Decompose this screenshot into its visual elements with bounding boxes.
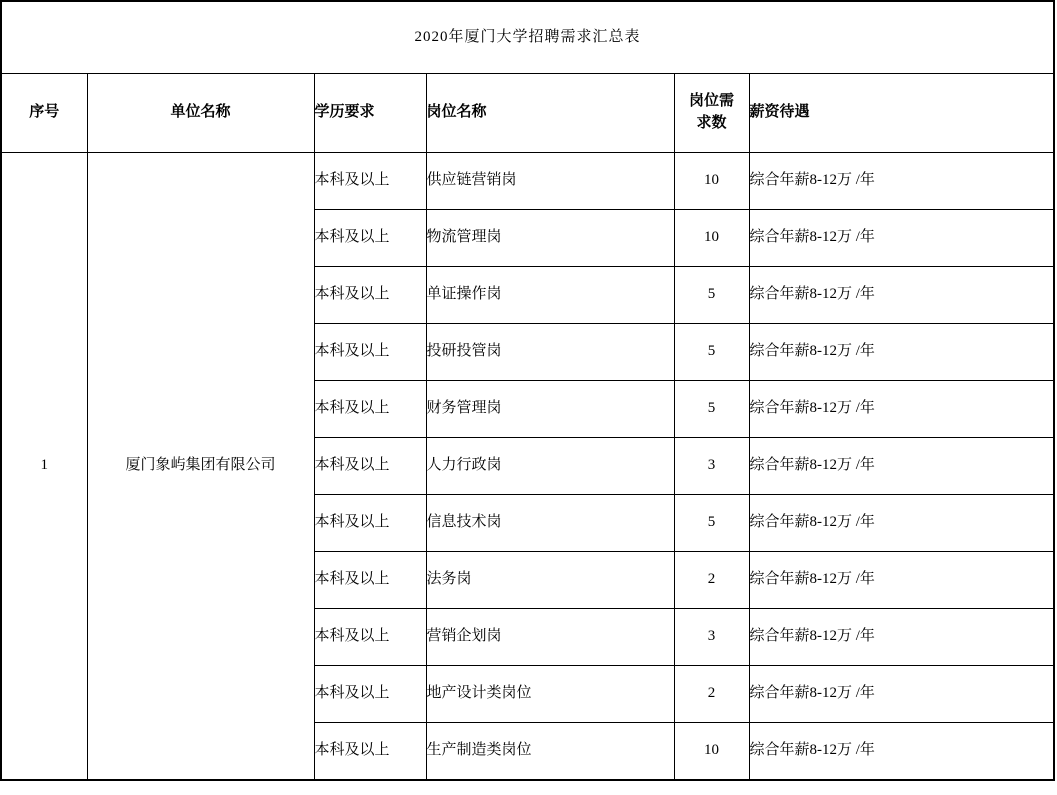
- title-row: 2020年厦门大学招聘需求汇总表: [1, 1, 1054, 74]
- education-cell: 本科及以上: [314, 495, 426, 552]
- position-cell: 营销企划岗: [426, 609, 674, 666]
- education-cell: 本科及以上: [314, 552, 426, 609]
- count-cell: 3: [674, 438, 749, 495]
- count-cell: 5: [674, 324, 749, 381]
- page-title: 2020年厦门大学招聘需求汇总表: [1, 1, 1054, 74]
- count-cell: 3: [674, 609, 749, 666]
- header-row: 序号 单位名称 学历要求 岗位名称 岗位需求数 薪资待遇: [1, 74, 1054, 153]
- position-cell: 供应链营销岗: [426, 153, 674, 210]
- education-cell: 本科及以上: [314, 210, 426, 267]
- recruitment-summary-table: 2020年厦门大学招聘需求汇总表 序号 单位名称 学历要求 岗位名称 岗位需求数…: [0, 0, 1055, 781]
- salary-cell: 综合年薪8-12万 /年: [749, 324, 1054, 381]
- position-cell: 人力行政岗: [426, 438, 674, 495]
- count-cell: 5: [674, 267, 749, 324]
- col-header-count: 岗位需求数: [674, 74, 749, 153]
- serial-cell: 1: [1, 153, 87, 781]
- count-cell: 2: [674, 666, 749, 723]
- count-cell: 10: [674, 723, 749, 781]
- position-cell: 法务岗: [426, 552, 674, 609]
- col-header-count-label: 岗位需求数: [686, 91, 737, 135]
- position-cell: 财务管理岗: [426, 381, 674, 438]
- position-cell: 投研投管岗: [426, 324, 674, 381]
- col-header-serial: 序号: [1, 74, 87, 153]
- count-cell: 10: [674, 210, 749, 267]
- col-header-education: 学历要求: [314, 74, 426, 153]
- salary-cell: 综合年薪8-12万 /年: [749, 438, 1054, 495]
- position-cell: 单证操作岗: [426, 267, 674, 324]
- col-header-company: 单位名称: [87, 74, 314, 153]
- education-cell: 本科及以上: [314, 324, 426, 381]
- salary-cell: 综合年薪8-12万 /年: [749, 267, 1054, 324]
- education-cell: 本科及以上: [314, 609, 426, 666]
- position-cell: 信息技术岗: [426, 495, 674, 552]
- salary-cell: 综合年薪8-12万 /年: [749, 381, 1054, 438]
- position-cell: 生产制造类岗位: [426, 723, 674, 781]
- count-cell: 2: [674, 552, 749, 609]
- position-cell: 地产设计类岗位: [426, 666, 674, 723]
- position-cell: 物流管理岗: [426, 210, 674, 267]
- education-cell: 本科及以上: [314, 153, 426, 210]
- salary-cell: 综合年薪8-12万 /年: [749, 666, 1054, 723]
- education-cell: 本科及以上: [314, 666, 426, 723]
- count-cell: 5: [674, 495, 749, 552]
- col-header-salary: 薪资待遇: [749, 74, 1054, 153]
- table-body: 1厦门象屿集团有限公司 本科及以上 供应链营销岗 10 综合年薪8-12万 /年…: [1, 153, 1054, 781]
- education-cell: 本科及以上: [314, 267, 426, 324]
- salary-cell: 综合年薪8-12万 /年: [749, 723, 1054, 781]
- salary-cell: 综合年薪8-12万 /年: [749, 609, 1054, 666]
- salary-cell: 综合年薪8-12万 /年: [749, 552, 1054, 609]
- table-row: 1厦门象屿集团有限公司 本科及以上 供应链营销岗 10 综合年薪8-12万 /年: [1, 153, 1054, 210]
- education-cell: 本科及以上: [314, 723, 426, 781]
- education-cell: 本科及以上: [314, 438, 426, 495]
- salary-cell: 综合年薪8-12万 /年: [749, 153, 1054, 210]
- col-header-position: 岗位名称: [426, 74, 674, 153]
- salary-cell: 综合年薪8-12万 /年: [749, 210, 1054, 267]
- education-cell: 本科及以上: [314, 381, 426, 438]
- company-cell: 厦门象屿集团有限公司: [87, 153, 314, 781]
- count-cell: 10: [674, 153, 749, 210]
- count-cell: 5: [674, 381, 749, 438]
- salary-cell: 综合年薪8-12万 /年: [749, 495, 1054, 552]
